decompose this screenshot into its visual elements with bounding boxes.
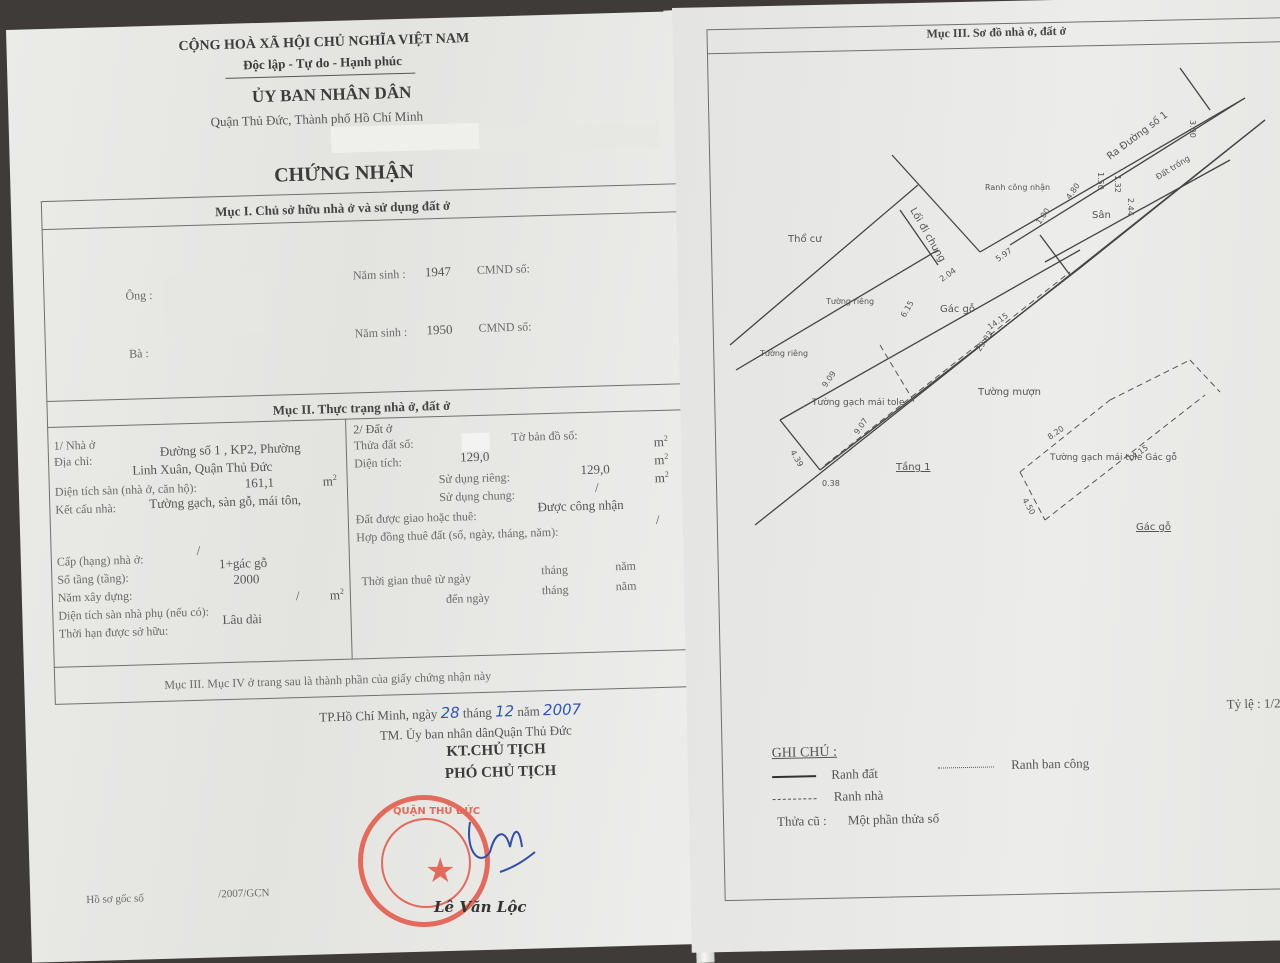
vacant-land-label: Đất trống [1154, 153, 1192, 182]
svg-text:8.20: 8.20 [1046, 424, 1066, 442]
loft-plan-label: Gác gỗ [1136, 520, 1171, 533]
svg-text:2.44: 2.44 [1126, 198, 1135, 216]
svg-text:5.97: 5.97 [994, 246, 1014, 264]
brick-wall-label: Tường gạch mái tole [811, 397, 905, 408]
private-wall-label-2: Tường riêng [759, 348, 808, 358]
recognized-boundary-label: Ranh công nhận [985, 182, 1050, 193]
svg-text:1.32: 1.32 [1113, 175, 1122, 193]
svg-text:4.80: 4.80 [1064, 181, 1082, 201]
yard-label: Sân [1092, 209, 1111, 221]
svg-text:3.00: 3.00 [1188, 120, 1197, 138]
svg-text:9.09: 9.09 [820, 369, 838, 389]
svg-text:6.15: 6.15 [899, 299, 916, 319]
loft-note-label: Tường gạch mái tole Gác gỗ [1049, 452, 1177, 463]
road-label: Ra Đường số 1 [1105, 109, 1171, 163]
svg-text:2.04: 2.04 [938, 266, 958, 284]
svg-text:4.39: 4.39 [788, 449, 805, 469]
svg-text:1.00: 1.00 [1034, 206, 1052, 226]
wood-loft-label: Gác gỗ [940, 302, 975, 315]
site-plan-diagram: Ra Đường số 1 Thổ cư Lối đi chung Ranh c… [0, 0, 1280, 963]
floor1-label: Tầng 1 [895, 461, 930, 473]
residential-label: Thổ cư [787, 232, 822, 245]
svg-text:1.50: 1.50 [1096, 172, 1105, 190]
borrowed-wall-label: Tường mượn [977, 386, 1041, 398]
private-wall-label-1: Tường riêng [825, 296, 874, 306]
svg-text:29.03: 29.03 [974, 329, 995, 353]
svg-text:0.38: 0.38 [822, 479, 840, 488]
